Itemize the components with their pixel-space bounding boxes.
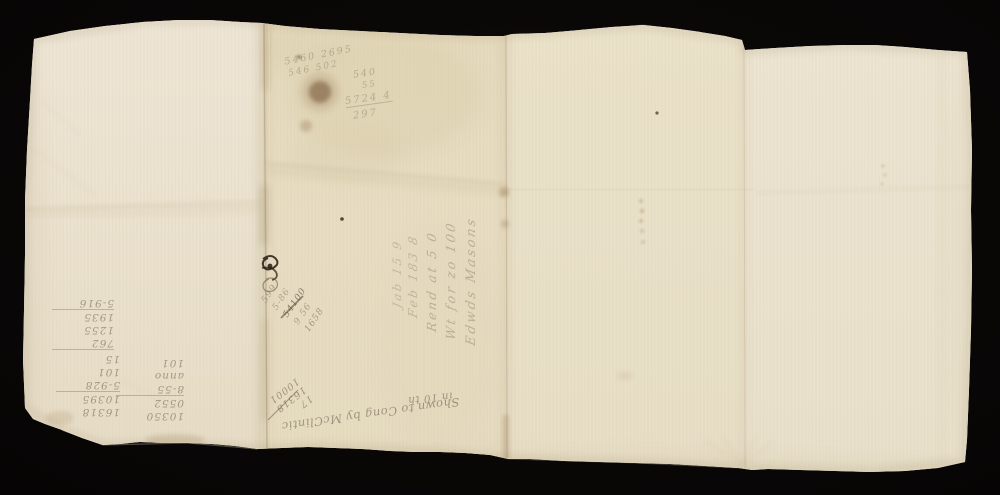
photograph-of-manuscript-verso: 5460 2695 546 502 540 55 5724 4 297 Edwd…	[0, 0, 1000, 495]
paper-surface-detail	[16, 10, 980, 488]
paper-artwork	[0, 0, 1000, 495]
